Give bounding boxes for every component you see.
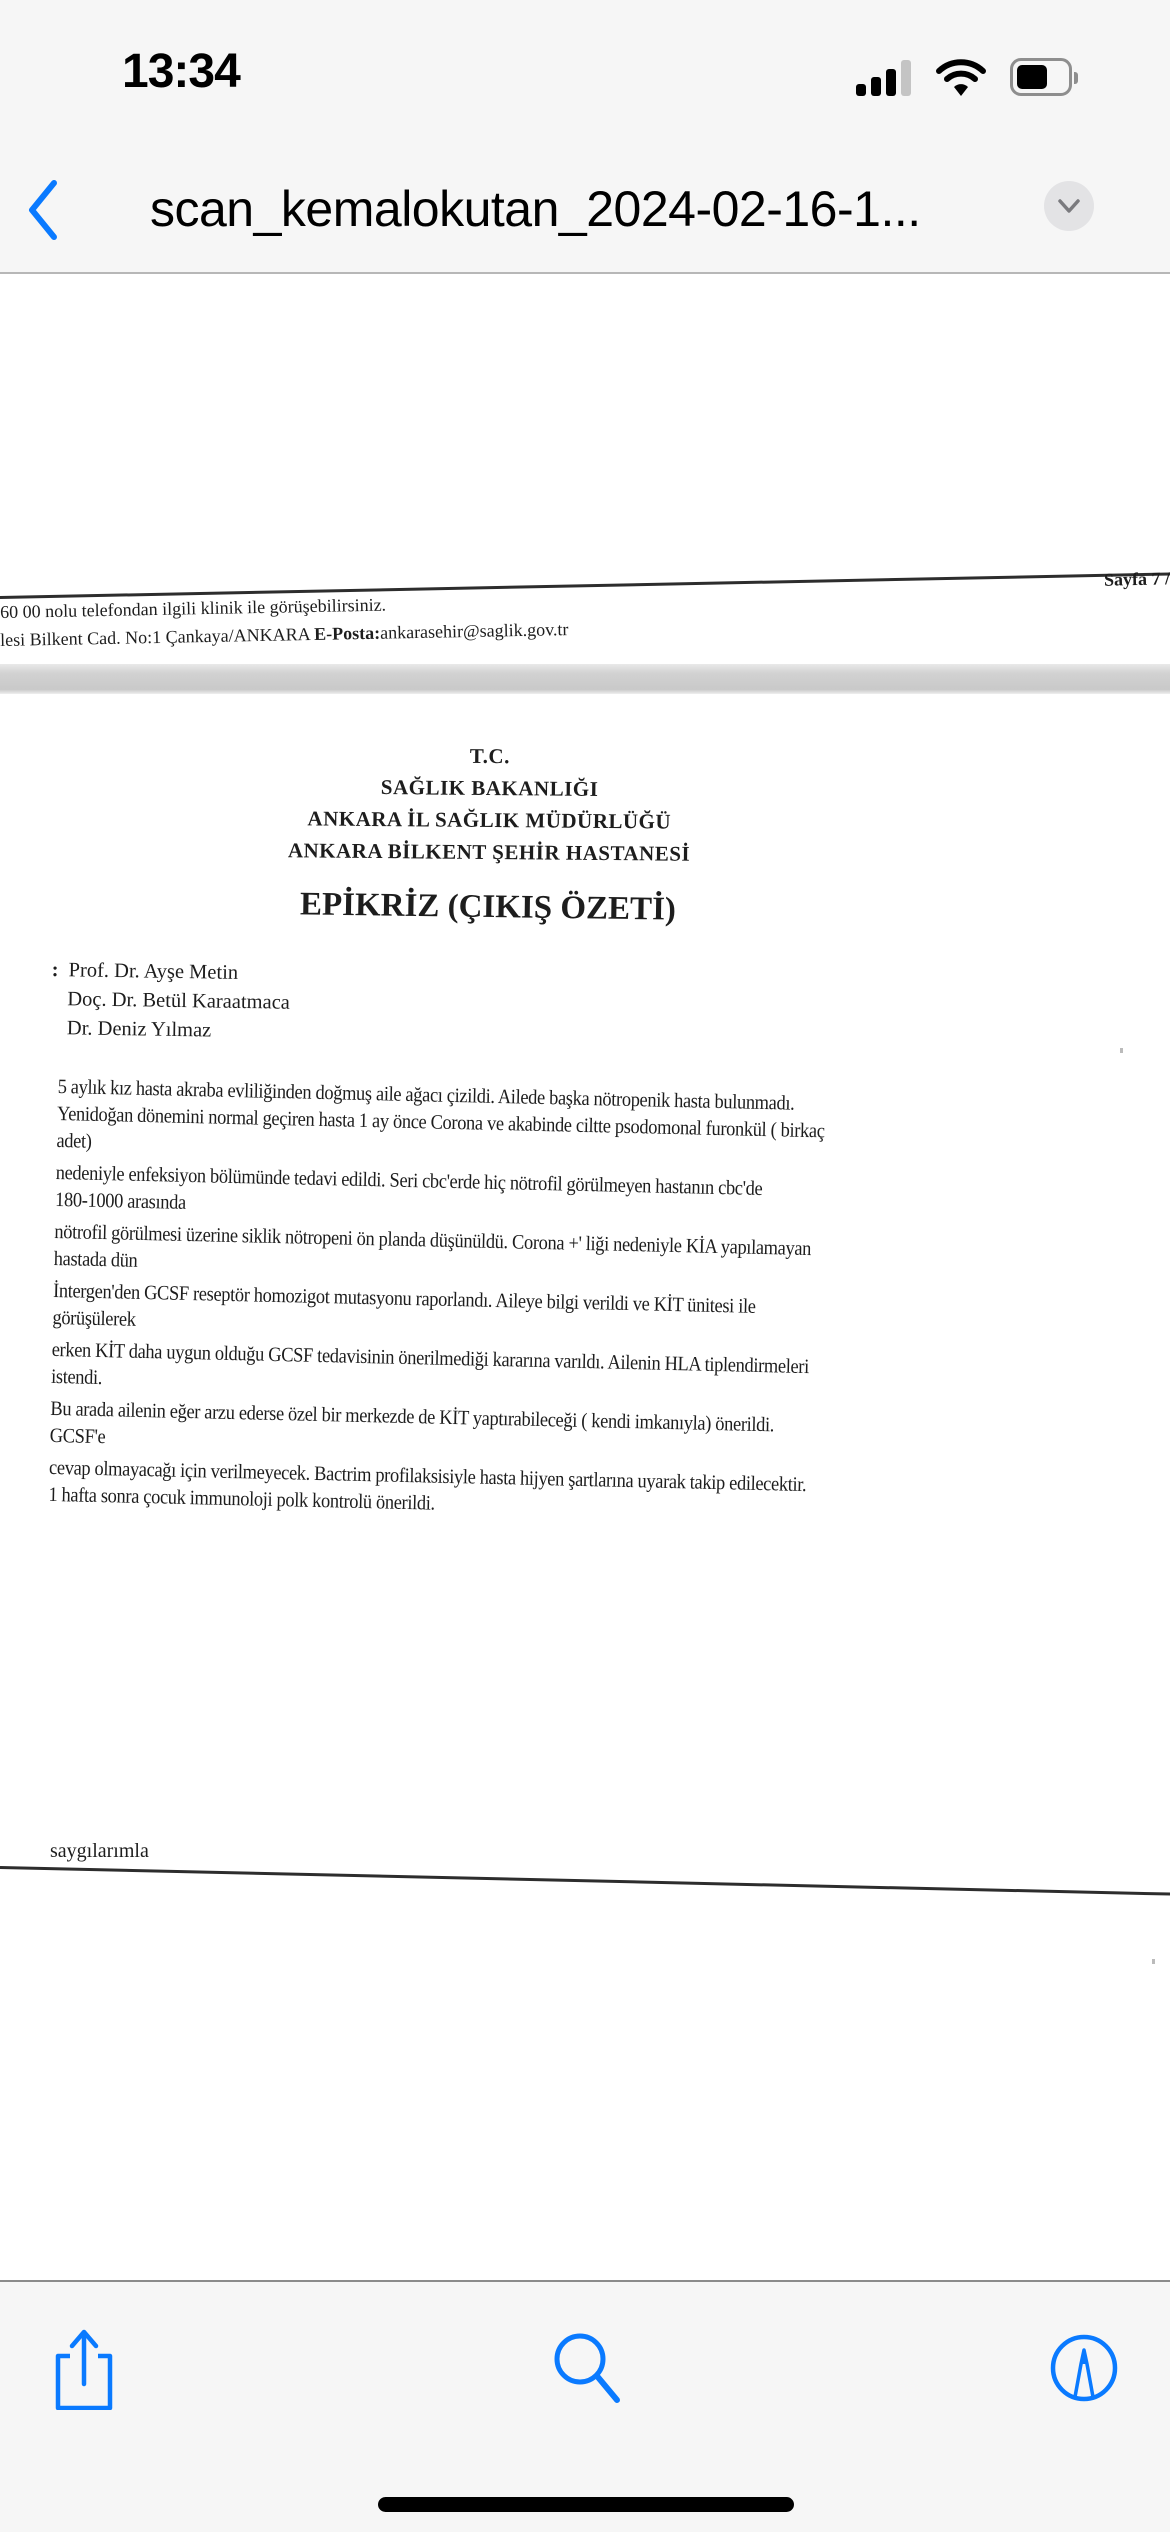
battery-icon [1010, 58, 1072, 96]
page-separator [0, 664, 1170, 694]
markup-pen-icon[interactable] [1044, 2324, 1124, 2410]
document-heading: EPİKRİZ (ÇIKIŞ ÖZETİ) [300, 886, 676, 928]
doctor-name: Doç. Dr. Betül Karaatmaca [51, 985, 290, 1018]
document-page: T.C. SAĞLIK BAKANLIĞI ANKARA İL SAĞLIK M… [0, 694, 1170, 2280]
pdf-viewer[interactable]: Sayfa 7 / 60 00 nolu telefondan ilgili k… [0, 274, 1170, 2280]
doctor-list: :Prof. Dr. Ayşe Metin Doç. Dr. Betül Kar… [51, 956, 291, 1047]
status-bar: 13:34 [0, 0, 1170, 150]
scan-speck [1152, 1959, 1155, 1964]
footer-email: ankarasehir@saglik.gov.tr [380, 619, 569, 643]
document-title[interactable]: scan_kemalokutan_2024-02-16-1... [150, 180, 921, 238]
footer-address-line: lesi Bilkent Cad. No:1 Çankaya/ANKARA E-… [0, 619, 569, 651]
title-menu-button[interactable] [1044, 181, 1094, 231]
cellular-signal-icon [856, 60, 916, 96]
bottom-toolbar [0, 2280, 1170, 2532]
chevron-left-icon[interactable] [20, 175, 70, 245]
chevron-down-icon [1044, 181, 1094, 231]
doctor-name: Prof. Dr. Ayşe Metin [68, 959, 238, 984]
footer-phone-line: 60 00 nolu telefondan ilgili klinik ile … [0, 595, 386, 623]
page-number: Sayfa 7 / [1104, 568, 1170, 590]
navigation-bar: scan_kemalokutan_2024-02-16-1... [0, 150, 1170, 274]
doctor-name: Dr. Deniz Yılmaz [51, 1014, 290, 1047]
home-indicator[interactable] [378, 2497, 794, 2512]
share-icon[interactable] [44, 2324, 124, 2410]
epicrisis-body: 5 aylık kız hasta akraba evliliğinden do… [48, 1074, 1138, 1533]
previous-page: Sayfa 7 / 60 00 nolu telefondan ilgili k… [0, 274, 1170, 664]
footer-rule [0, 572, 1170, 599]
closing-text: saygılarımla [50, 1840, 149, 1863]
wifi-icon [935, 56, 987, 98]
search-icon[interactable] [545, 2324, 625, 2410]
institution-header: T.C. SAĞLIK BAKANLIĞI ANKARA İL SAĞLIK M… [269, 738, 710, 870]
scan-speck [1120, 1048, 1123, 1053]
status-time: 13:34 [122, 44, 240, 99]
signature-rule [0, 1866, 1170, 1896]
